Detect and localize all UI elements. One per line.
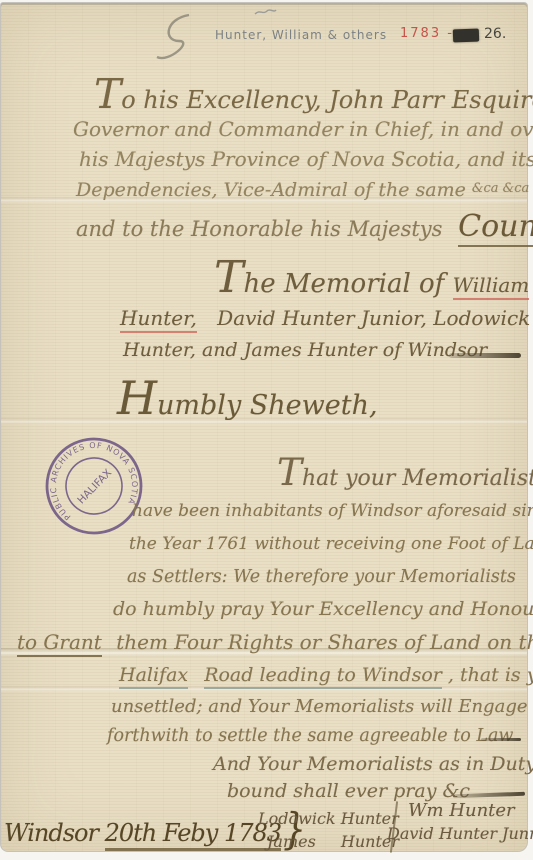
body-line-8: unsettled; and Your Memorialists will En… xyxy=(111,696,528,717)
body-line-9: forthwith to settle the same agreeable t… xyxy=(107,726,513,746)
dateline-place: Windsor xyxy=(4,819,105,847)
dateline-date: 20th Feby 1783 xyxy=(105,819,281,851)
body-line-7: Halifax Road leading to Windsor , that i… xyxy=(119,664,533,686)
memorial-line-1: The Memorial of William xyxy=(214,261,529,299)
pencil-scribble xyxy=(253,7,277,17)
halifax-word: Halifax xyxy=(119,664,188,689)
memorial-line-3: Hunter, and James Hunter of Windsor xyxy=(123,339,487,361)
memorial-line-2: Hunter, David Hunter Junior, Lodowick xyxy=(120,306,530,330)
body-line-6-text: them Four Rights or Shares of Land on th… xyxy=(116,630,533,654)
salutation-line-4: Dependencies, Vice-Admiral of the same &… xyxy=(76,179,533,201)
memorial-name-hunter: Hunter, xyxy=(120,306,197,333)
ink-flourish xyxy=(149,11,201,69)
body-line-2: have been inhabitants of Windsor aforesa… xyxy=(132,501,533,521)
body-line-7-rest: , that is yet xyxy=(448,664,533,686)
archival-pencil-note: Hunter, William & others xyxy=(215,28,387,42)
salutation-line-3: his Majestys Province of Nova Scotia, an… xyxy=(79,147,533,171)
body-line-6: to Grant them Four Rights or Shares of L… xyxy=(17,630,533,654)
memorial-title: The Memorial of xyxy=(214,269,444,299)
manuscript-paper: Hunter, William & others 1783 - 26. To h… xyxy=(1,3,527,851)
document-scan: Hunter, William & others 1783 - 26. To h… xyxy=(0,0,533,860)
signature-lodowick-hunter: Lodowick Hunter xyxy=(258,809,399,828)
signature-david-hunter: David Hunter Junr xyxy=(387,824,533,843)
signature-wm-hunter: Wm Hunter xyxy=(408,800,515,821)
redaction-mark xyxy=(453,29,479,43)
ink-dash xyxy=(449,353,521,358)
margin-grant: to Grant xyxy=(17,630,102,657)
salutation-line-2: Governor and Commander in Chief, in and … xyxy=(73,117,533,141)
ink-dash xyxy=(481,738,521,741)
council-word: Council xyxy=(458,209,533,247)
body-line-4: as Settlers: We therefore your Memoriali… xyxy=(127,567,516,587)
body-line-10: And Your Memorialists as in Duty xyxy=(213,753,533,775)
etcetera-marks: &ca &ca &ca xyxy=(472,181,533,196)
memorial-line-2-text: David Hunter Junior, Lodowick xyxy=(217,306,530,330)
archival-year-red: 1783 - xyxy=(400,26,454,41)
memorial-name-william: William xyxy=(453,273,530,300)
stamp-center-text: HALIFAX xyxy=(75,467,114,507)
salutation-line-5: and to the Honorable his Majestys Counci… xyxy=(76,209,533,244)
body-line-3: the Year 1761 without receiving one Foot… xyxy=(129,534,533,554)
body-line-11: bound shall ever pray &c xyxy=(227,780,470,802)
body-line-5: do humbly pray Your Excellency and Honou… xyxy=(113,598,533,620)
archival-file-number: 26. xyxy=(484,26,506,42)
body-line-1: That your Memorialists xyxy=(277,458,533,491)
salutation-line-4-text: Dependencies, Vice-Admiral of the same xyxy=(76,179,466,201)
salutation-line-5-text: and to the Honorable his Majestys xyxy=(76,217,442,241)
road-phrase: Road leading to Windsor xyxy=(204,664,442,689)
humbly-sheweth: Humbly Sheweth, xyxy=(117,381,378,421)
archive-stamp: PUBLIC ARCHIVES OF NOVA SCOTIA HALIFAX xyxy=(36,428,151,543)
signature-james-hunter: James Hunter xyxy=(267,832,399,851)
salutation-line-1: To his Excellency, John Parr Esquire xyxy=(94,79,533,114)
